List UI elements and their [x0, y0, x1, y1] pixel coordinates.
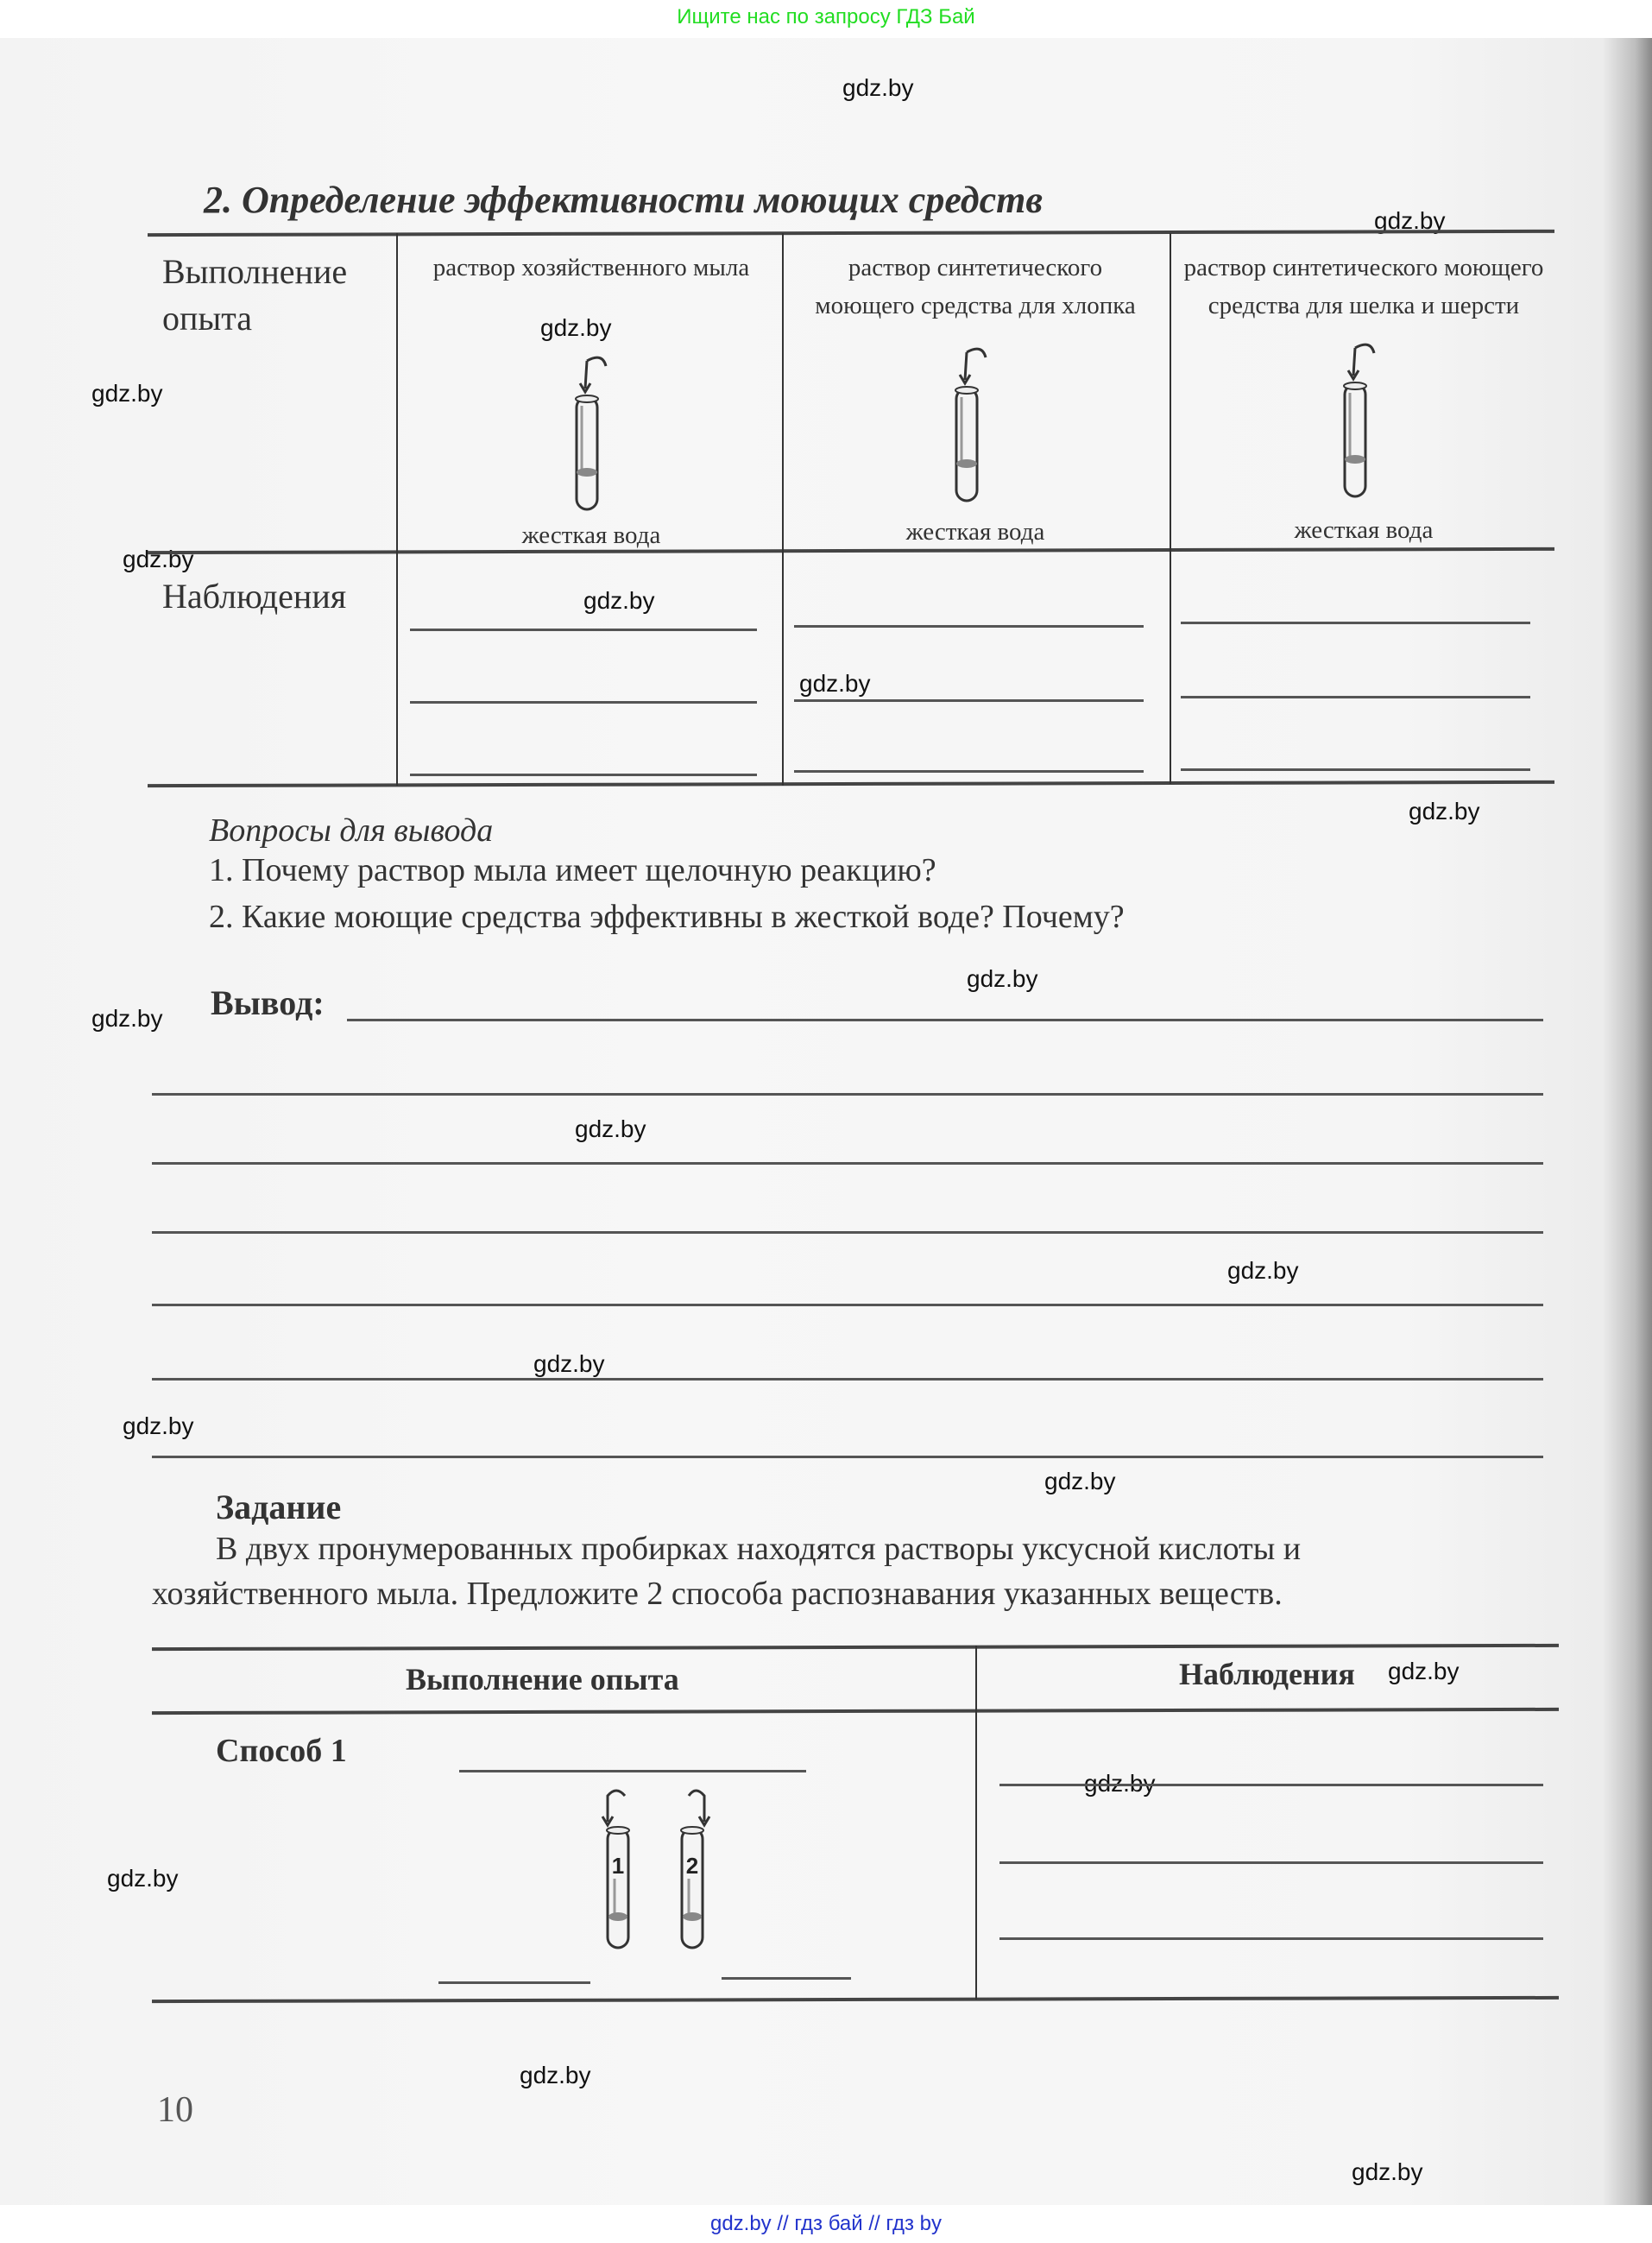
task-heading: Задание [216, 1487, 341, 1527]
conclusion-line[interactable] [347, 1019, 1543, 1021]
answer-line[interactable] [410, 774, 757, 776]
watermark: gdz.by [107, 1865, 179, 1892]
method-1-label: Способ 1 [216, 1732, 347, 1770]
answer-line[interactable] [999, 1784, 1543, 1786]
watermark: gdz.by [967, 965, 1038, 993]
question-2: 2. Какие моющие средства эффективны в же… [209, 898, 1125, 936]
watermark: gdz.by [533, 1350, 605, 1378]
watermark: gdz.by [123, 546, 194, 573]
test-tube-icon [941, 345, 1001, 509]
answer-line[interactable] [999, 1861, 1543, 1864]
conclusion-line[interactable] [152, 1093, 1543, 1096]
answer-line[interactable] [459, 1770, 806, 1772]
conclusion-line[interactable] [152, 1378, 1543, 1381]
footer-links[interactable]: gdz.by // гдз бай // гдз by [0, 2205, 1652, 2243]
watermark: gdz.by [123, 1412, 194, 1440]
top-banner: Ищите нас по запросу ГДЗ Бай [0, 0, 1652, 35]
task-table-column-divider [975, 1646, 977, 2000]
watermark: gdz.by [583, 587, 655, 615]
answer-line[interactable] [999, 1937, 1543, 1940]
section-title: 2. Определение эффективности моющих сред… [204, 178, 1043, 222]
answer-line[interactable] [794, 770, 1144, 773]
page-number: 10 [157, 2089, 193, 2131]
watermark: gdz.by [1227, 1257, 1299, 1285]
task-text-line2: хозяйственного мыла. Предложите 2 способ… [152, 1575, 1283, 1613]
column-divider [782, 233, 784, 786]
column-header-laundry-soap: раствор хозяйственного мыла [414, 249, 768, 287]
column-divider [1170, 233, 1171, 784]
answer-line[interactable] [1181, 696, 1530, 698]
svg-text:1: 1 [612, 1853, 624, 1879]
row-label-observations: Наблюдения [162, 573, 346, 620]
watermark: gdz.by [1352, 2158, 1423, 2186]
answer-line[interactable] [1181, 768, 1530, 771]
conclusion-line[interactable] [152, 1304, 1543, 1306]
tube-label: жесткая вода [1174, 511, 1554, 549]
test-tube-icon [1329, 341, 1390, 505]
answer-line[interactable] [794, 625, 1144, 628]
tube-label-line[interactable] [438, 1981, 590, 1984]
test-tube-1-icon: 1 [596, 1784, 656, 1956]
conclusion-line[interactable] [152, 1456, 1543, 1458]
watermark: gdz.by [842, 74, 914, 102]
watermark: gdz.by [1409, 798, 1480, 825]
answer-line[interactable] [410, 701, 757, 704]
watermark: gdz.by [540, 314, 612, 342]
question-1: 1. Почему раствор мыла имеет щелочную ре… [209, 851, 936, 889]
answer-line[interactable] [1181, 622, 1530, 624]
conclusion-line[interactable] [152, 1162, 1543, 1165]
watermark: gdz.by [799, 670, 871, 698]
watermark: gdz.by [1388, 1658, 1460, 1685]
watermark: gdz.by [91, 380, 163, 408]
answer-line[interactable] [410, 629, 757, 631]
test-tube-2-icon: 2 [670, 1784, 730, 1956]
tube-label: жесткая вода [798, 513, 1152, 551]
tube-label-line[interactable] [722, 1977, 851, 1980]
watermark: gdz.by [91, 1005, 163, 1033]
conclusion-line[interactable] [152, 1231, 1543, 1234]
task-text-line1: В двух пронумерованных пробирках находят… [216, 1530, 1301, 1568]
workbook-page [0, 38, 1652, 2205]
row-label-procedure: Выполнение опыта [162, 249, 387, 342]
tube-label: жесткая вода [414, 516, 768, 554]
watermark: gdz.by [1044, 1468, 1116, 1495]
watermark: gdz.by [575, 1115, 646, 1143]
conclusion-label: Вывод: [211, 982, 325, 1023]
svg-text:2: 2 [686, 1853, 698, 1879]
task-header-observations: Наблюдения [1179, 1656, 1355, 1692]
test-tube-icon [561, 354, 621, 518]
column-header-synthetic-silk-wool: раствор синтетического моющего средства … [1174, 249, 1554, 325]
questions-heading: Вопросы для вывода [209, 812, 493, 850]
answer-line[interactable] [794, 699, 1144, 702]
column-header-synthetic-cotton: раствор синтетического моющего средства … [798, 249, 1152, 325]
column-divider [396, 233, 398, 786]
task-header-procedure: Выполнение опыта [406, 1661, 679, 1697]
watermark: gdz.by [520, 2062, 591, 2089]
